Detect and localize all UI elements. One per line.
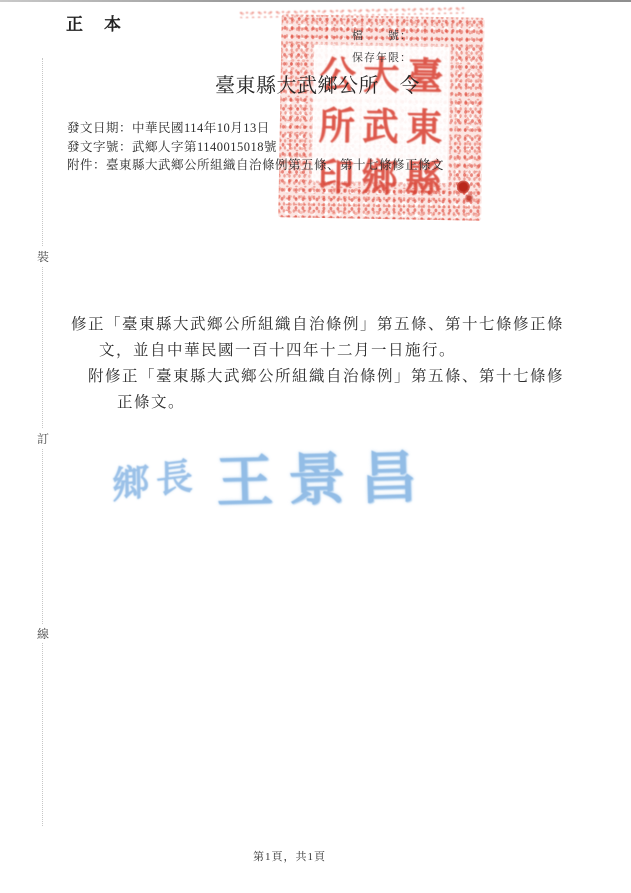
retention-period-label: 保存年限： [352, 47, 412, 69]
attachment-line: 附件：臺東縣大武鄉公所組織自治條例第五條、第十七條修正條文 [67, 156, 444, 175]
scanner-edge-line [0, 0, 631, 2]
document-meta-block: 發文日期：中華民國114年10月13日 發文字號：武鄉人字第1140015018… [67, 119, 444, 175]
body-text-line: 文，並自中華民國一百十四年十二月一日施行。 [99, 338, 456, 360]
body-text-line: 附修正「臺東縣大武鄉公所組織自治條例」第五條、第十七條修 [88, 364, 564, 386]
body-text-line: 修正「臺東縣大武鄉公所組織自治條例」第五條、第十七條修正條 [71, 312, 564, 334]
signature-title: 鄉長 [112, 444, 200, 509]
copy-type-label: 正 本 [66, 10, 123, 35]
file-number-label: 檔 號： [352, 25, 412, 47]
issue-number-line: 發文字號：武鄉人字第1140015018號 [67, 138, 444, 157]
signature-name: 王景昌 [215, 431, 433, 519]
page-number-footer: 第1頁，共1頁 [253, 848, 326, 864]
binding-mark-ding: 訂 [36, 429, 50, 448]
filing-info-block: 檔 號： 保存年限： [352, 25, 412, 69]
binding-mark-zhuang: 裝 [36, 247, 50, 266]
binding-mark-xian: 線 [36, 624, 50, 643]
body-text-line: 正條文。 [117, 390, 185, 412]
document-title: 臺東縣大武鄉公所 令 [215, 69, 420, 98]
mayor-signature-stamp: 鄉長 王景昌 [112, 434, 432, 516]
issue-date-line: 發文日期：中華民國114年10月13日 [67, 119, 444, 138]
scanned-official-document: 正 本 公 大 臺 所 武 東 印 鄉 縣 檔 號： 保存年限： 臺東縣大武鄉公… [0, 0, 631, 893]
seal-ink-blot [465, 193, 474, 202]
